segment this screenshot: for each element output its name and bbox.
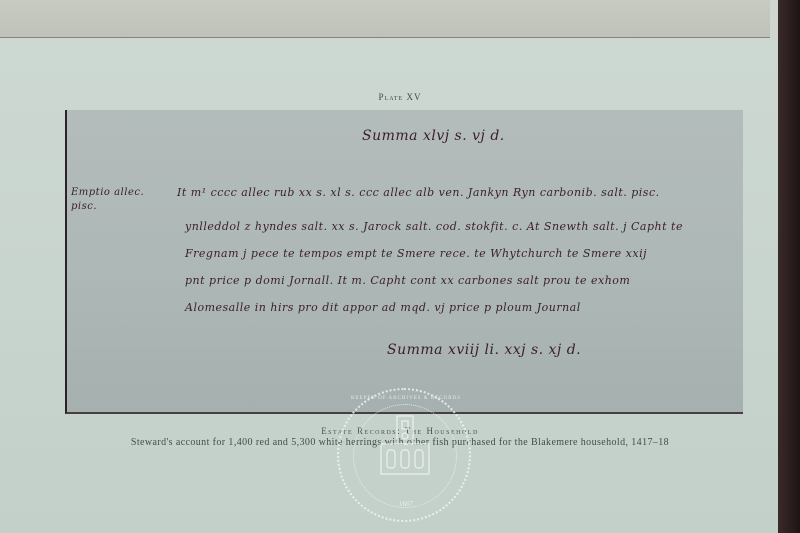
manuscript-heading-bottom: Summa xviij li. xxj s. xj d.: [387, 342, 581, 358]
margin-note: Emptio allec. pisc.: [71, 186, 151, 214]
archive-seal-watermark: KEEPER OF ARCHIVES & RECORDS 1667: [337, 388, 471, 522]
manuscript-line: pnt price p domi Jornall. It m. Capht co…: [185, 274, 630, 287]
previous-page-edge: [0, 0, 770, 38]
manuscript-line: It m¹ cccc allec rub xx s. xl s. ccc all…: [177, 186, 660, 199]
manuscript-facsimile: Summa xlvj s. vj d. Emptio allec. pisc. …: [65, 110, 743, 414]
manuscript-line: Fregnam j pece te tempos empt te Smere r…: [185, 247, 647, 260]
manuscript-heading-top: Summa xlvj s. vj d.: [362, 128, 505, 144]
seal-ring-text: KEEPER OF ARCHIVES & RECORDS: [339, 396, 473, 401]
plate-label: Plate XV: [0, 92, 800, 102]
seal-year: 1667: [339, 500, 473, 508]
building-seal-icon: [379, 414, 431, 476]
manuscript-line: Alomesalle in hirs pro dit appor ad mqd.…: [185, 301, 581, 314]
manuscript-line: ynlleddol z hyndes salt. xx s. Jarock sa…: [185, 220, 683, 233]
book-spine-shadow: [778, 0, 800, 533]
